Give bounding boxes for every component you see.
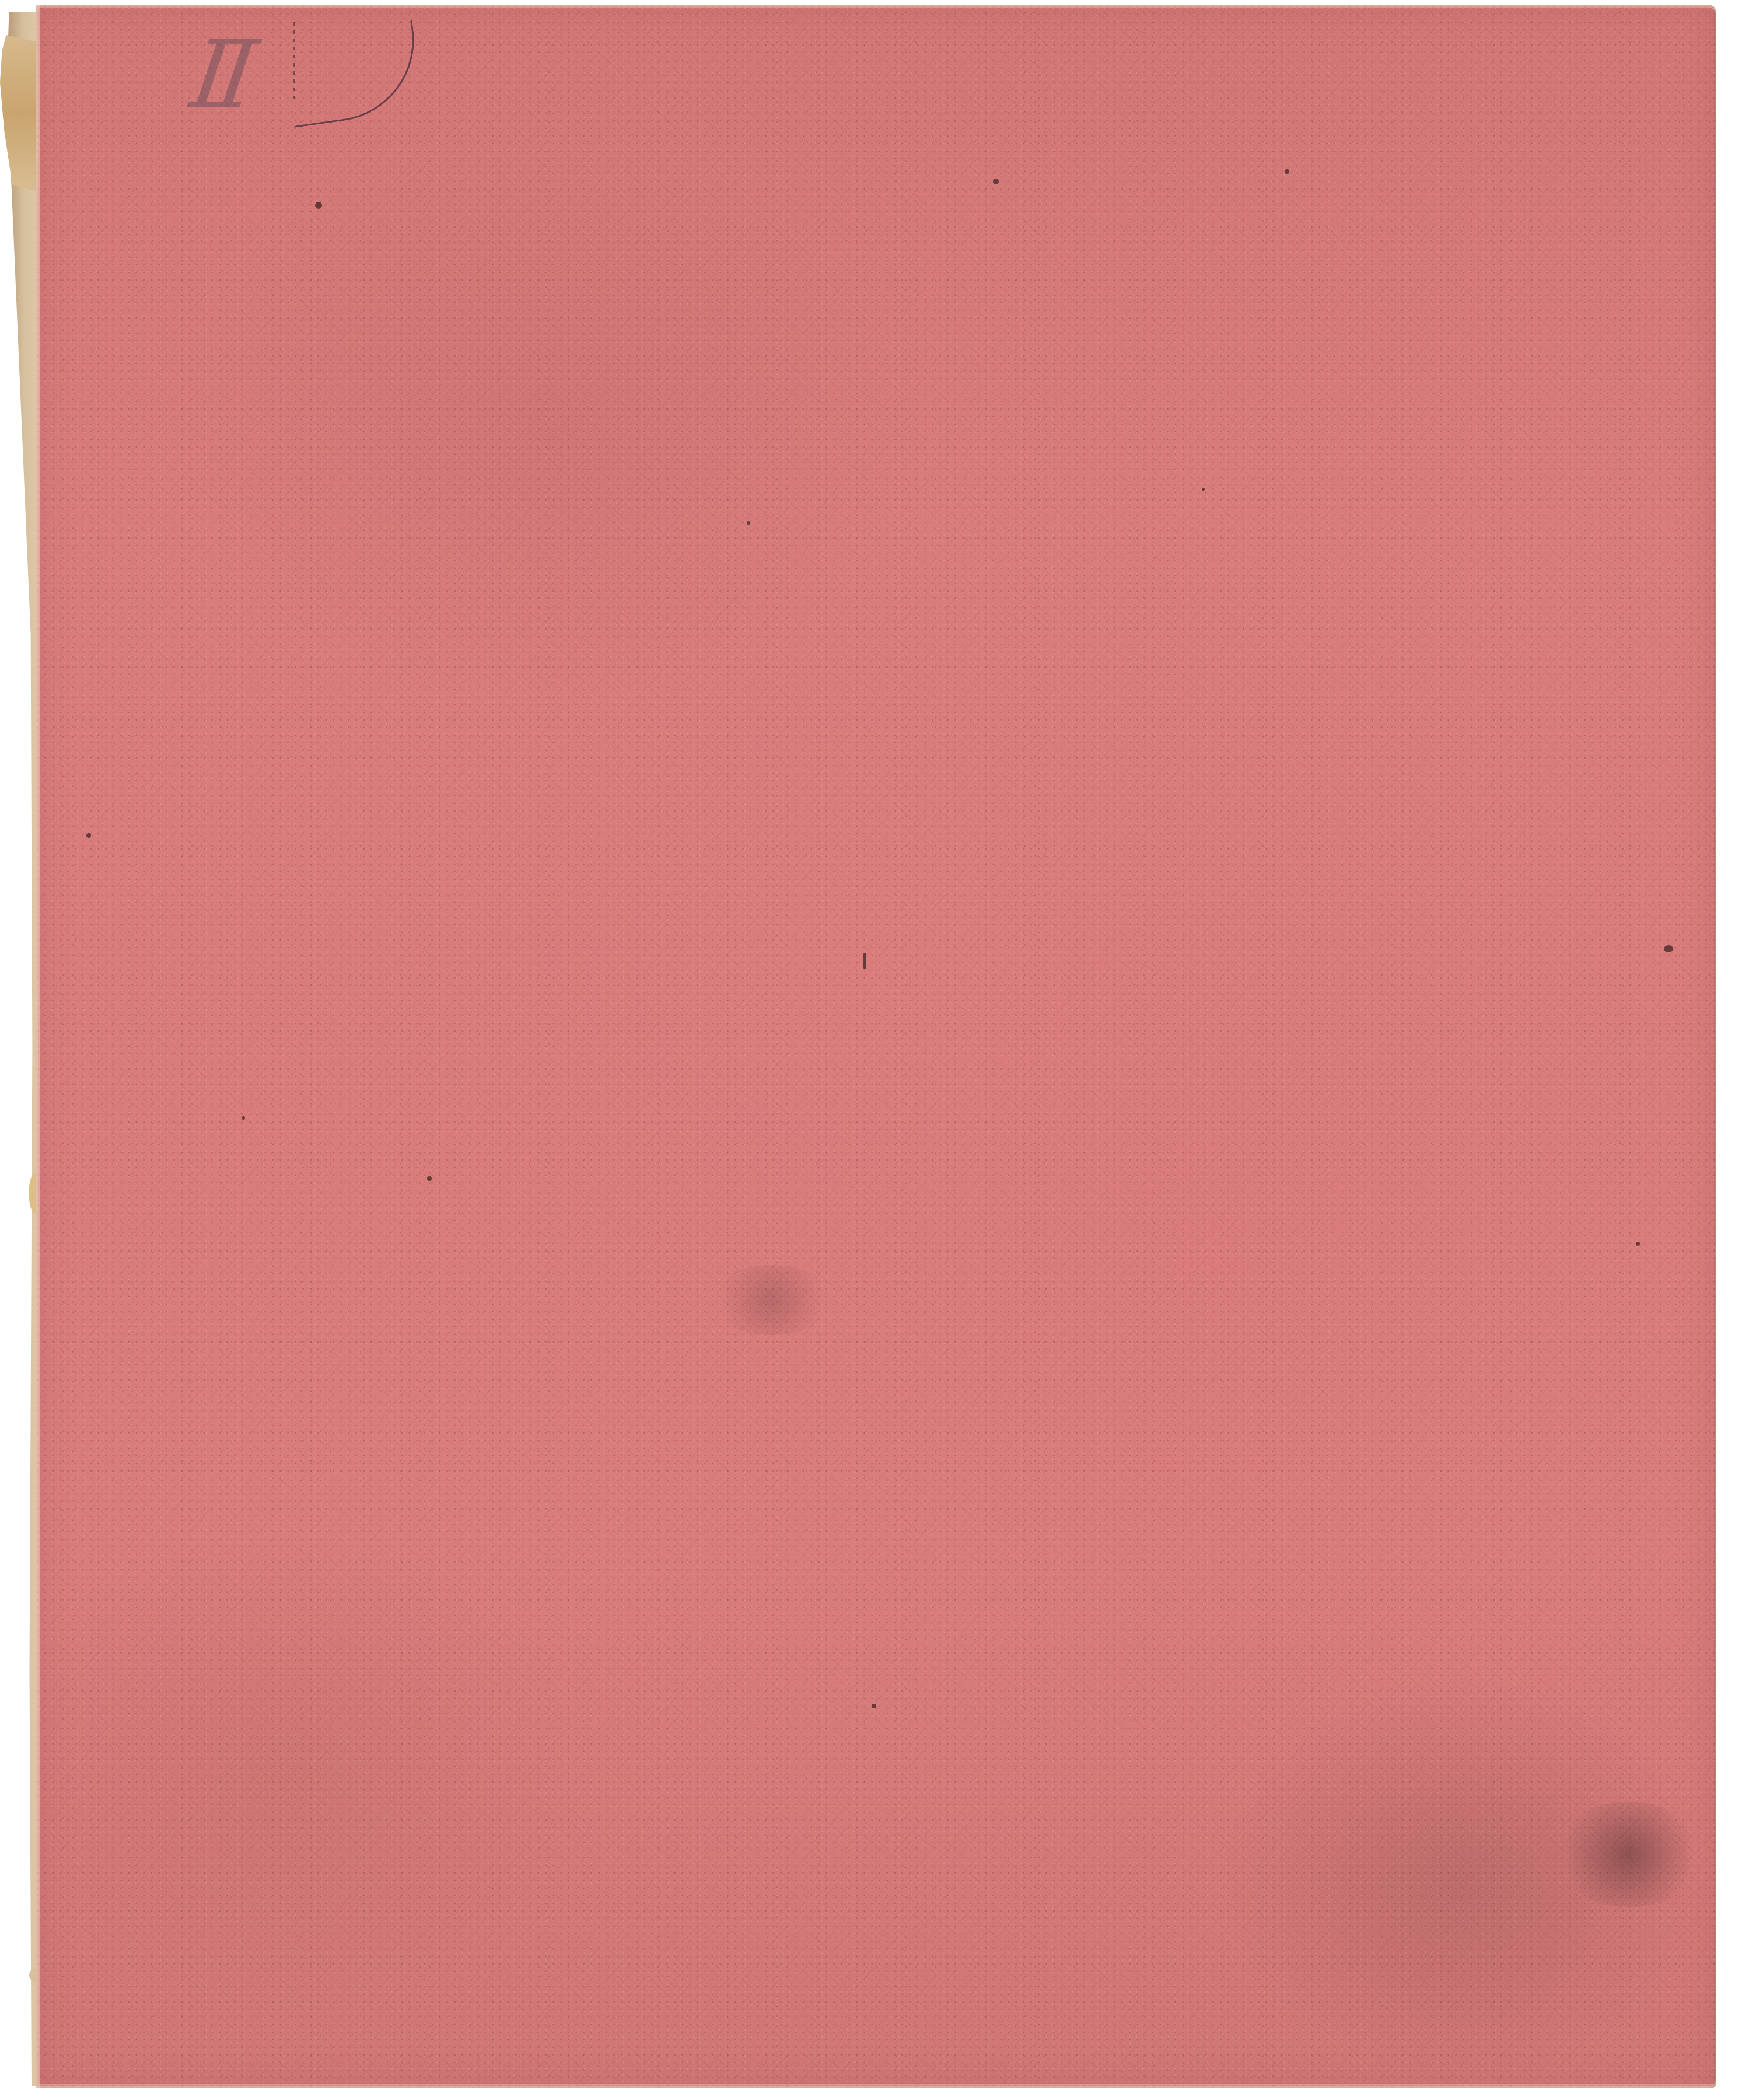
cover-edge-wear [36,5,1716,2088]
book-cover: II [36,5,1716,2088]
spine-tear-top [0,35,41,193]
